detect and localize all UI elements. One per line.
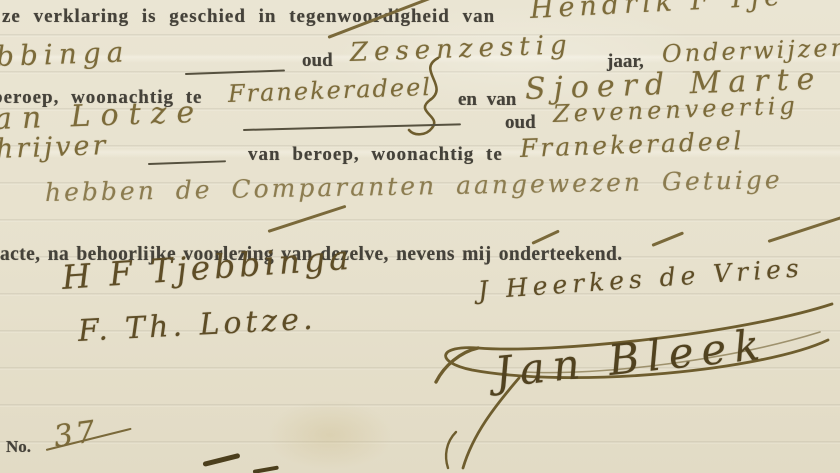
form-text-oud-2: oud xyxy=(505,112,536,134)
handwritten-witness1-age: Zesenzestig xyxy=(349,30,573,68)
form-text-no-label: No. xyxy=(6,437,31,457)
ink-partial-stroke xyxy=(202,453,240,467)
handwritten-witness1-firstname: Hendrik F Tje xyxy=(529,0,786,25)
form-text-oud-1: oud xyxy=(302,50,333,72)
handwritten-witness2-residence: Franekeradeel xyxy=(519,126,744,163)
ink-flourish-stroke xyxy=(531,229,559,244)
ink-flourish-stroke xyxy=(651,231,684,247)
form-text-beroep-woonachtig-2: van beroep, woonachtig te xyxy=(248,144,503,166)
ink-partial-stroke xyxy=(253,466,279,473)
handwritten-comparanten-clause: hebben de Comparanten aangewezen Getuige xyxy=(45,165,783,207)
scanned-document-page: ze verklaring is geschied in tegenwoordi… xyxy=(0,0,840,473)
handwritten-witness2-profession: hrijver xyxy=(0,130,109,165)
signature-witness2: F. Th. Lotze. xyxy=(77,302,317,349)
handwritten-witness1-residence: Franekeradeel xyxy=(228,73,433,108)
handwritten-witness1-surname: bbinga xyxy=(0,35,130,73)
ink-flourish-stroke xyxy=(268,205,347,233)
form-text-tegenwoordigheid: ze verklaring is geschied in tegenwoordi… xyxy=(2,6,495,28)
signature-j-tail-flourish xyxy=(455,372,525,472)
filled-rule-line xyxy=(185,70,285,75)
ink-curve-stroke xyxy=(440,430,460,470)
handwritten-act-number: 37 xyxy=(52,414,101,455)
form-text-en-van: en van xyxy=(458,89,516,111)
ink-flourish-stroke xyxy=(768,216,840,243)
filled-rule-line xyxy=(148,160,226,165)
